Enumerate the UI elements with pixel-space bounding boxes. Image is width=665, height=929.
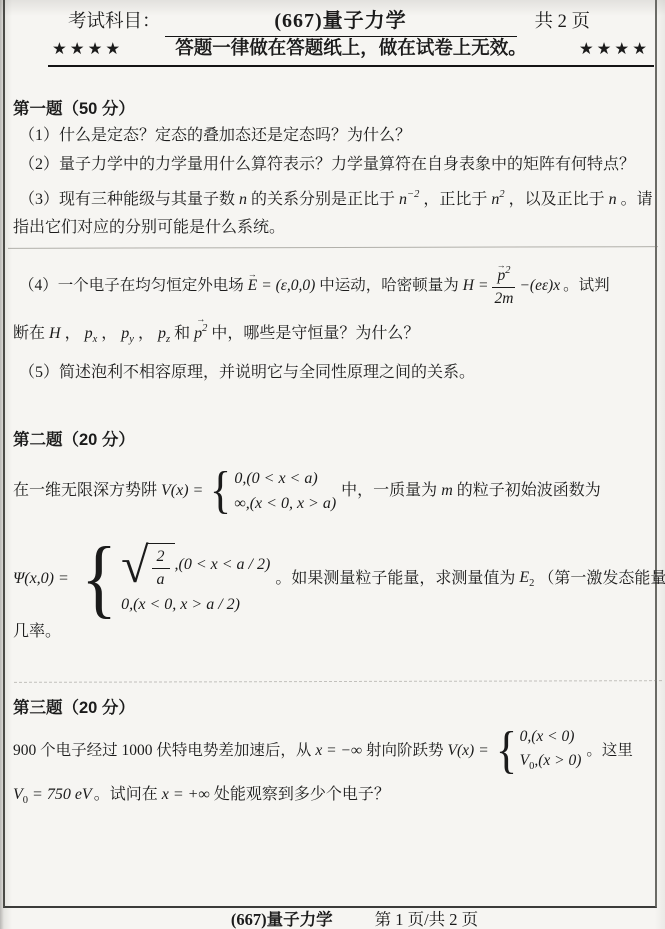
radical-icon: √ (121, 542, 148, 588)
E2-symbol: E2 (519, 568, 534, 591)
p-x-sub: x (93, 334, 98, 345)
case-row: 0,(x < 0) (520, 727, 575, 748)
radicand: 2a (146, 543, 175, 588)
scanned-exam-page: 考试科目：(667)量子力学共 2 页 ★★★★ 答题一律做在答题纸上，做在试卷… (0, 0, 665, 929)
q1-item1-number: （1） (19, 127, 59, 144)
n-base: n (399, 191, 407, 208)
q2-text5: （第一激发态能量）的 (538, 569, 665, 590)
q3-text1: 900 个电子经过 1000 伏特电势差加速后，从 (13, 741, 311, 761)
q1-item3-number: （3） (19, 191, 59, 208)
x-minus-infinity: x = −∞ (315, 741, 362, 761)
q1-item2-text: 量子力学中的力学量用什么算符表示？力学量算符在自身表象中的矩阵有何特点？ (59, 156, 635, 173)
E-field-value: = (ε,0,0) (261, 276, 315, 296)
notice-row: ★★★★ 答题一律做在答题纸上，做在试卷上无效。 ★★★★ (48, 37, 654, 67)
q1-item3-text4: ，以及正比于 (509, 191, 605, 208)
subject-underline: (667)量子力学 (165, 8, 517, 37)
vector-p-squared: →p2 (194, 322, 207, 345)
q1-item3-text2: 的关系分别是正比于 (251, 191, 395, 208)
p-z: pz (158, 325, 170, 342)
page-footer: (667)量子力学 第 1 页/共 2 页 (22, 909, 665, 929)
q1-item1: （1）什么是定态？定态的叠加态还是定态吗？为什么？ (19, 126, 411, 147)
hamiltonian-fraction: →p22m (492, 265, 515, 306)
two-over-a: 2a (152, 548, 170, 588)
page-count: 共 2 页 (535, 12, 591, 32)
q2-text1: 在一维无限深方势阱 (13, 481, 157, 502)
q1-item4-l2-text1: 断在 (13, 325, 45, 342)
p-symbol: p (194, 325, 202, 342)
q3-text5: 处能观察到多少个电子？ (214, 786, 390, 803)
q3-line1: 900 个电子经过 1000 伏特电势差加速后，从x = −∞射向阶跃势V(x)… (13, 722, 633, 780)
q2-text3: 的粒子初始波函数为 (457, 481, 601, 502)
n-exponent: 2 (499, 189, 504, 200)
notice-text: 答题一律做在答题纸上，做在试卷上无效。 (175, 37, 527, 61)
q1-item4-number: （4） (19, 276, 58, 296)
comma: ， (138, 325, 154, 342)
equals-sign: = (58, 569, 69, 590)
q1-item4-line1: （4）一个电子在均匀恒定外电场→E= (ε,0,0)中运动，哈密顿量为H=→p2… (19, 257, 610, 315)
p-squared-exp: 2 (505, 265, 510, 276)
n-power-minus2: n−2 (399, 191, 419, 208)
wavefunction-cases: {√2a,(0 < x < a / 2)0,(x < 0, x > a / 2) (78, 542, 271, 616)
vector-arrow-icon: → (196, 316, 205, 325)
q2-last-line: 几率。 (13, 622, 61, 643)
sqrt-frac-den: a (157, 569, 165, 589)
q1-item2-number: （2） (19, 156, 59, 173)
comma: ， (65, 325, 81, 342)
V0-sub: 0 (23, 795, 28, 806)
V-of-x: V(x) (448, 741, 475, 761)
q2-title: 第二题（20 分） (13, 430, 135, 451)
potential-well-cases: {0,(0 < x < a)∞,(x < 0, x > a) (208, 468, 336, 514)
vector-p: →p (497, 267, 505, 284)
q1-item5-number: （5） (19, 364, 59, 381)
q1-item4-line2: 断在H，px，py，pz和→p2中，哪些是守恒量？为什么？ (13, 322, 419, 347)
p-x: px (85, 325, 98, 342)
q3-text3: 。这里 (586, 741, 633, 761)
equals-sign: = (478, 741, 488, 761)
left-brace: { (496, 730, 517, 773)
V-of-x: V(x) (161, 481, 189, 502)
q2-wavefunction-line: Ψ(x,0)={√2a,(0 < x < a / 2)0,(x < 0, x >… (13, 533, 665, 625)
fraction-numerator: →p2 (492, 265, 515, 287)
q2-text2: 中，一质量为 (341, 481, 437, 502)
p-symbol: p (158, 325, 166, 342)
x-plus-infinity: x = +∞ (162, 786, 210, 803)
q1-item3-line2: 指出它们对应的分别可能是什么系统。 (13, 218, 285, 239)
equals-sign: = (478, 276, 488, 296)
case-row: √2a,(0 < x < a / 2) (121, 542, 270, 588)
left-brace: { (210, 470, 231, 513)
q1-item4-l2-text3: 中，哪些是守恒量？为什么？ (211, 325, 419, 342)
q1-item5: （5）简述泡利不相容原理，并说明它与全同性原理之间的关系。 (19, 363, 475, 384)
case-condition: ,(x > 0) (534, 752, 581, 769)
cases-rows: 0,(x < 0)V0,(x > 0) (520, 727, 582, 774)
sqrt-frac-num: 2 (152, 548, 170, 569)
n-exponent: −2 (407, 189, 419, 200)
var-n: n (609, 191, 617, 208)
case-row: 0,(0 < x < a) (234, 468, 317, 490)
H-symbol: H (49, 325, 61, 342)
q2-text4: 。如果测量粒子能量，求测量值为 (275, 569, 515, 590)
q1-item4-l2-text2: 和 (174, 325, 190, 342)
footer-subject: (667)量子力学 (231, 909, 333, 929)
vector-arrow-icon: → (248, 270, 257, 279)
cases-rows: √2a,(0 < x < a / 2)0,(x < 0, x > a / 2) (121, 542, 270, 616)
p-y: py (121, 325, 134, 342)
V0-value: = 750 eV (32, 786, 92, 803)
q1-title: 第一题（50 分） (13, 99, 135, 120)
q1-item5-text: 简述泡利不相容原理，并说明它与全同性原理之间的关系。 (59, 364, 475, 381)
q1-item3-text3: ，正比于 (423, 191, 487, 208)
p-symbol: p (85, 325, 93, 342)
equals-sign: = (193, 481, 204, 502)
header-subject-row: 考试科目：(667)量子力学共 2 页 (68, 8, 590, 37)
E2-sub: 2 (529, 578, 534, 589)
subject-label: 考试科目： (68, 12, 161, 32)
q1-item3-text1: 现有三种能级与其量子数 (59, 191, 235, 208)
vector-E: →E (248, 276, 257, 296)
q3-text2: 射向阶跃势 (366, 741, 444, 761)
H-symbol: H (463, 276, 474, 296)
stars-right-icon: ★★★★ (579, 38, 650, 59)
V-symbol: V (520, 752, 529, 769)
step-potential-cases: {0,(x < 0)V0,(x > 0) (494, 727, 582, 774)
V-symbol: V (13, 786, 23, 803)
subject-value: (667)量子力学 (274, 10, 406, 32)
cases-rows: 0,(0 < x < a)∞,(x < 0, x > a) (234, 468, 336, 514)
q1-item4-text1: 一个电子在均匀恒定外电场 (58, 276, 244, 296)
p-z-sub: z (166, 334, 170, 345)
var-n: n (239, 191, 247, 208)
q3-line2: V0= 750 eV。试问在x = +∞处能观察到多少个电子？ (13, 785, 390, 808)
q1-item3-text5: 。请 (621, 191, 653, 208)
psi-symbol: Ψ(x,0) (13, 569, 54, 590)
case-row: ∞,(x < 0, x > a) (234, 493, 336, 515)
q1-item1-text: 什么是定态？定态的叠加态还是定态吗？为什么？ (59, 127, 411, 144)
case-row: 0,(x < 0, x > a / 2) (121, 594, 240, 616)
q1-item4-text2: 中运动，哈密顿量为 (319, 276, 459, 296)
q1-item2: （2）量子力学中的力学量用什么算符表示？力学量算符在自身表象中的矩阵有何特点？ (19, 155, 635, 176)
stars-left-icon: ★★★★ (52, 38, 123, 59)
q1-item3-line1: （3）现有三种能级与其量子数n的关系分别是正比于n−2，正比于n2，以及正比于n… (19, 188, 653, 211)
q1-item4-text3: 。试判 (563, 276, 610, 296)
E-symbol: E (248, 277, 257, 294)
V0-symbol: V0 (13, 786, 28, 803)
footer-page-info: 第 1 页/共 2 页 (375, 909, 479, 929)
fraction-denominator: 2m (494, 288, 513, 307)
n-power-2: n2 (491, 191, 504, 208)
var-m: m (441, 481, 453, 502)
q3-title: 第三题（20 分） (13, 698, 135, 719)
case-condition: ,(0 < x < a / 2) (175, 554, 271, 576)
E-symbol: E (519, 569, 529, 586)
q3-text4: 。试问在 (94, 786, 158, 803)
vector-arrow-icon: → (497, 261, 506, 270)
comma: ， (101, 325, 117, 342)
square-root: √2a (121, 542, 174, 588)
q2-intro-line: 在一维无限深方势阱V(x)={0,(0 < x < a)∞,(x < 0, x … (13, 458, 601, 524)
left-brace: { (81, 544, 117, 614)
potential-term: −(eε)x (519, 276, 560, 296)
p-y-sub: y (129, 334, 134, 345)
case-row: V0,(x > 0) (520, 751, 582, 774)
